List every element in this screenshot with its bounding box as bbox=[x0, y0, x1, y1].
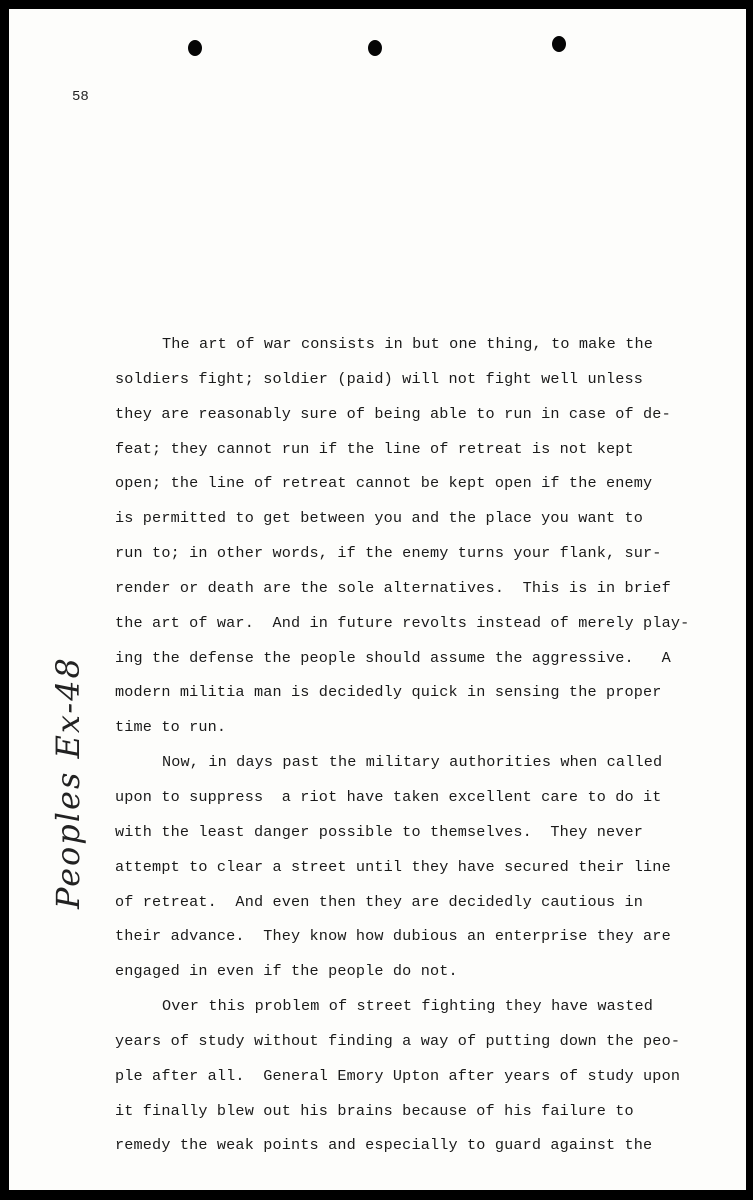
punch-hole-left bbox=[188, 40, 202, 56]
text-line: engaged in even if the people do not. bbox=[115, 954, 715, 989]
text-line: open; the line of retreat cannot be kept… bbox=[115, 466, 715, 501]
text-line: it finally blew out his brains because o… bbox=[115, 1094, 715, 1129]
punch-hole-right bbox=[552, 36, 566, 52]
text-line: ing the defense the people should assume… bbox=[115, 641, 715, 676]
text-line: The art of war consists in but one thing… bbox=[115, 327, 715, 362]
text-line: remedy the weak points and especially to… bbox=[115, 1128, 715, 1163]
text-line: run to; in other words, if the enemy tur… bbox=[115, 536, 715, 571]
text-line: time to run. bbox=[115, 710, 715, 745]
text-line: the art of war. And in future revolts in… bbox=[115, 606, 715, 641]
text-line: ple after all. General Emory Upton after… bbox=[115, 1059, 715, 1094]
text-line: feat; they cannot run if the line of ret… bbox=[115, 432, 715, 467]
text-line: attempt to clear a street until they hav… bbox=[115, 850, 715, 885]
text-line: Now, in days past the military authoriti… bbox=[115, 745, 715, 780]
text-line: years of study without finding a way of … bbox=[115, 1024, 715, 1059]
text-line: they are reasonably sure of being able t… bbox=[115, 397, 715, 432]
document-page: 58 Peoples Ex-48 The art of war consists… bbox=[9, 9, 746, 1190]
page-number: 58 bbox=[72, 89, 89, 105]
handwritten-exhibit-annotation: Peoples Ex-48 bbox=[49, 656, 87, 909]
text-line: upon to suppress a riot have taken excel… bbox=[115, 780, 715, 815]
text-line: is permitted to get between you and the … bbox=[115, 501, 715, 536]
text-line: of retreat. And even then they are decid… bbox=[115, 885, 715, 920]
text-line: their advance. They know how dubious an … bbox=[115, 919, 715, 954]
text-line: Over this problem of street fighting the… bbox=[115, 989, 715, 1024]
punch-hole-center bbox=[368, 40, 382, 56]
text-line: render or death are the sole alternative… bbox=[115, 571, 715, 606]
body-text: The art of war consists in but one thing… bbox=[115, 327, 715, 1163]
text-line: modern militia man is decidedly quick in… bbox=[115, 675, 715, 710]
text-line: with the least danger possible to themse… bbox=[115, 815, 715, 850]
text-line: soldiers fight; soldier (paid) will not … bbox=[115, 362, 715, 397]
